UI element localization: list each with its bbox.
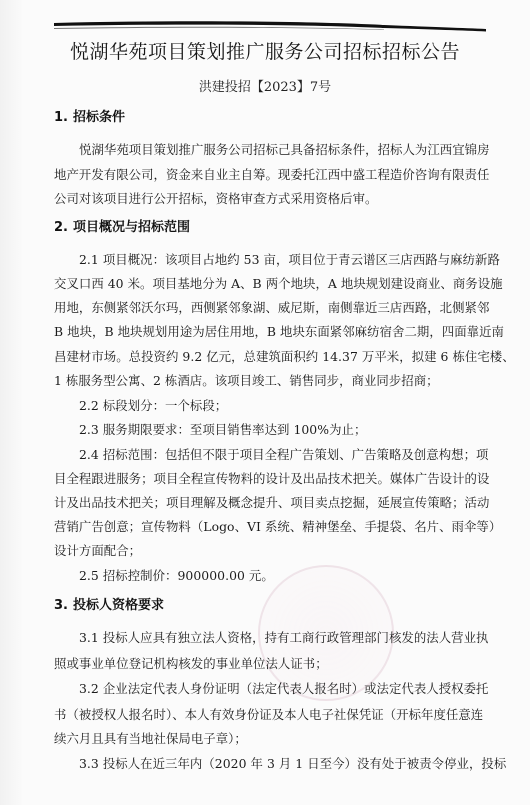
section-heading-bidding-conditions: 1.招标条件 bbox=[54, 109, 125, 127]
section-number: 1. bbox=[54, 110, 68, 125]
paragraph-line: 地产开发有限公司，资金来自业主自筹。现委托江西中盛工程造价咨询有限责任 bbox=[54, 166, 484, 184]
paragraph-line: 2.5 招标控制价：900000.00 元。 bbox=[54, 567, 484, 585]
paragraph-line: 2.3 服务期限要求：至项目销售率达到 100%为止； bbox=[54, 421, 484, 439]
page-edge-shadow bbox=[0, 0, 22, 805]
paragraph-line: 计及出品技术把关；项目理解及概念提升、项目卖点挖掘，延展宣传策略；活动 bbox=[54, 494, 484, 512]
paragraph-line: 书（被授权人报名时）、本人有效身份证及本人电子社保凭证（开标年度任意连 bbox=[54, 706, 484, 724]
paragraph-line: B 地块，B 地块规划用途为居住用地，B 地块东面紧邻麻纺宿舍二期，四面靠近南 bbox=[54, 323, 484, 341]
document-title: 悦湖华苑项目策划推广服务公司招标招标公告 bbox=[0, 40, 530, 64]
paragraph-line: 2.1 项目概况：该项目占地约 53 亩，项目位于青云谱区三店西路与麻纺新路 bbox=[54, 251, 484, 269]
paragraph-line: 用地，东侧紧邻沃尔玛，西侧紧邻象湖、威尼斯，南侧靠近三店西路，北侧紧邻 bbox=[54, 299, 484, 317]
section-number: 3. bbox=[54, 598, 68, 613]
paragraph-line: 续六月且具有当地社保局电子章）； bbox=[54, 730, 484, 748]
paragraph-line: 2.4 招标范围：包括但不限于项目全程广告策划、广告策略及创意构想；项 bbox=[54, 446, 484, 464]
paragraph-line: 交叉口西 40 米。项目基地分为 A、B 两个地块，A 地块规划建设商业、商务设… bbox=[54, 275, 484, 293]
section-title: 投标人资格要求 bbox=[73, 598, 164, 613]
section-heading-project-overview: 2.项目概况与招标范围 bbox=[54, 219, 190, 237]
section-heading-bidder-qualifications: 3.投标人资格要求 bbox=[54, 597, 164, 615]
header-rule-divider bbox=[54, 17, 486, 33]
section-number: 2. bbox=[54, 220, 68, 235]
paragraph-line: 昌建材市场。总投资约 9.2 亿元，总建筑面积约 14.37 万平米，拟建 6 … bbox=[54, 348, 484, 366]
paragraph-line: 公司对该项目进行公开招标，资格审查方式采用资格后审。 bbox=[54, 190, 484, 208]
paragraph-line: 悦湖华苑项目策划推广服务公司招标己具备招标条件，招标人为江西宜锦房 bbox=[54, 141, 484, 159]
paragraph-line: 3.2 企业法定代表人身份证明（法定代表人报名时）或法定代表人授权委托 bbox=[54, 680, 484, 698]
paragraph-line: 目全程跟进服务；项目全程宣传物料的设计及出品技术把关。媒体广告设计的设 bbox=[54, 470, 484, 488]
paragraph-line: 照或事业单位登记机构核发的事业单位法人证书； bbox=[54, 655, 484, 673]
paragraph-line: 1 栋服务型公寓、2 栋酒店。该项目竣工、销售同步，商业同步招商； bbox=[54, 372, 484, 390]
paragraph-line: 3.3 投标人在近三年内（2020 年 3 月 1 日至今）没有处于被责令停业，… bbox=[54, 755, 484, 773]
paragraph-line: 设计方面配合； bbox=[54, 542, 484, 560]
section-title: 招标条件 bbox=[73, 110, 125, 125]
document-number: 洪建投招【2023】7号 bbox=[0, 79, 530, 97]
section-title: 项目概况与招标范围 bbox=[73, 220, 190, 235]
paragraph-line: 3.1 投标人应具有独立法人资格，持有工商行政管理部门核发的法人营业执 bbox=[54, 629, 484, 647]
paragraph-line: 2.2 标段划分：一个标段； bbox=[54, 397, 484, 415]
paragraph-line: 营销广告创意；宣传物料（Logo、VI 系统、精神堡垒、手提袋、名片、雨伞等） bbox=[54, 518, 484, 536]
